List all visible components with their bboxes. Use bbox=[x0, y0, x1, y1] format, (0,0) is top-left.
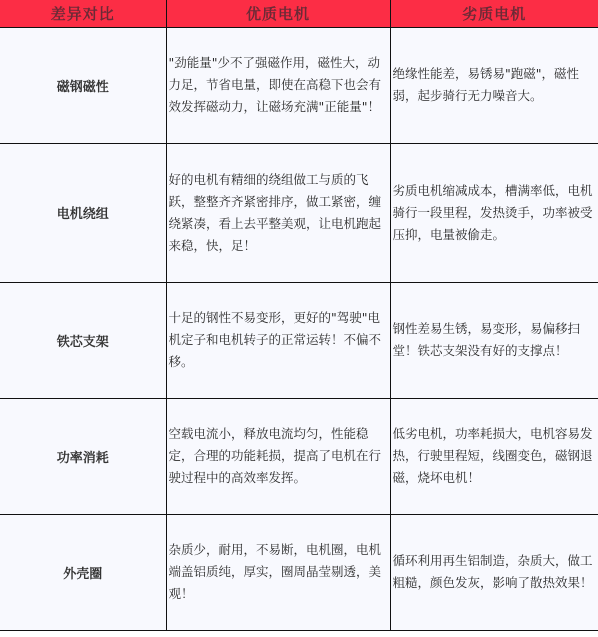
header-good-motor: 优质电机 bbox=[166, 0, 390, 27]
good-motor-cell: 空载电流小，释放电流均匀，性能稳定，合理的功能耗损，提高了电机在行驶过程中的高效… bbox=[166, 398, 390, 514]
row-category: 磁钢磁性 bbox=[0, 27, 166, 143]
comparison-table: 差异对比 优质电机 劣质电机 磁钢磁性 "劲能量"少不了强磁作用，磁性大，动力足… bbox=[0, 0, 598, 631]
row-category: 铁芯支架 bbox=[0, 282, 166, 398]
good-motor-cell: 好的电机有精细的绕组做工与质的飞跃，整整齐齐紧密排序，做工紧密，缠绕紧凑，看上去… bbox=[166, 143, 390, 282]
header-bad-motor: 劣质电机 bbox=[390, 0, 598, 27]
bad-motor-cell: 劣质电机缩减成本，槽满率低，电机骑行一段里程，发热烫手，功率被受压抑，电量被偷走… bbox=[390, 143, 598, 282]
table-header-row: 差异对比 优质电机 劣质电机 bbox=[0, 0, 598, 27]
good-motor-cell: 十足的钢性不易变形，更好的"驾驶"电机定子和电机转子的正常运转！不偏不移。 bbox=[166, 282, 390, 398]
row-category: 外壳圈 bbox=[0, 514, 166, 630]
bad-motor-cell: 钢性差易生锈，易变形，易偏移扫堂！铁芯支架没有好的支撑点！ bbox=[390, 282, 598, 398]
table-row: 电机绕组 好的电机有精细的绕组做工与质的飞跃，整整齐齐紧密排序，做工紧密，缠绕紧… bbox=[0, 143, 598, 282]
good-motor-cell: "劲能量"少不了强磁作用，磁性大，动力足，节省电量，即使在高稳下也会有效发挥磁动… bbox=[166, 27, 390, 143]
bad-motor-cell: 绝缘性能差，易锈易"跑磁"，磁性弱，起步骑行无力噪音大。 bbox=[390, 27, 598, 143]
bad-motor-cell: 低劣电机，功率耗损大，电机容易发热，行驶里程短，线圈变色，磁钢退磁，烧坏电机！ bbox=[390, 398, 598, 514]
table-row: 外壳圈 杂质少，耐用，不易断，电机圈，电机端盖铝质纯，厚实，圈周晶莹剔透，美观！… bbox=[0, 514, 598, 630]
table-row: 铁芯支架 十足的钢性不易变形，更好的"驾驶"电机定子和电机转子的正常运转！不偏不… bbox=[0, 282, 598, 398]
table-row: 磁钢磁性 "劲能量"少不了强磁作用，磁性大，动力足，节省电量，即使在高稳下也会有… bbox=[0, 27, 598, 143]
row-category: 电机绕组 bbox=[0, 143, 166, 282]
header-comparison: 差异对比 bbox=[0, 0, 166, 27]
bad-motor-cell: 循环利用再生铝制造，杂质大，做工粗糙，颜色发灰，影响了散热效果！ bbox=[390, 514, 598, 630]
row-category: 功率消耗 bbox=[0, 398, 166, 514]
table-row: 功率消耗 空载电流小，释放电流均匀，性能稳定，合理的功能耗损，提高了电机在行驶过… bbox=[0, 398, 598, 514]
good-motor-cell: 杂质少，耐用，不易断，电机圈，电机端盖铝质纯，厚实，圈周晶莹剔透，美观！ bbox=[166, 514, 390, 630]
